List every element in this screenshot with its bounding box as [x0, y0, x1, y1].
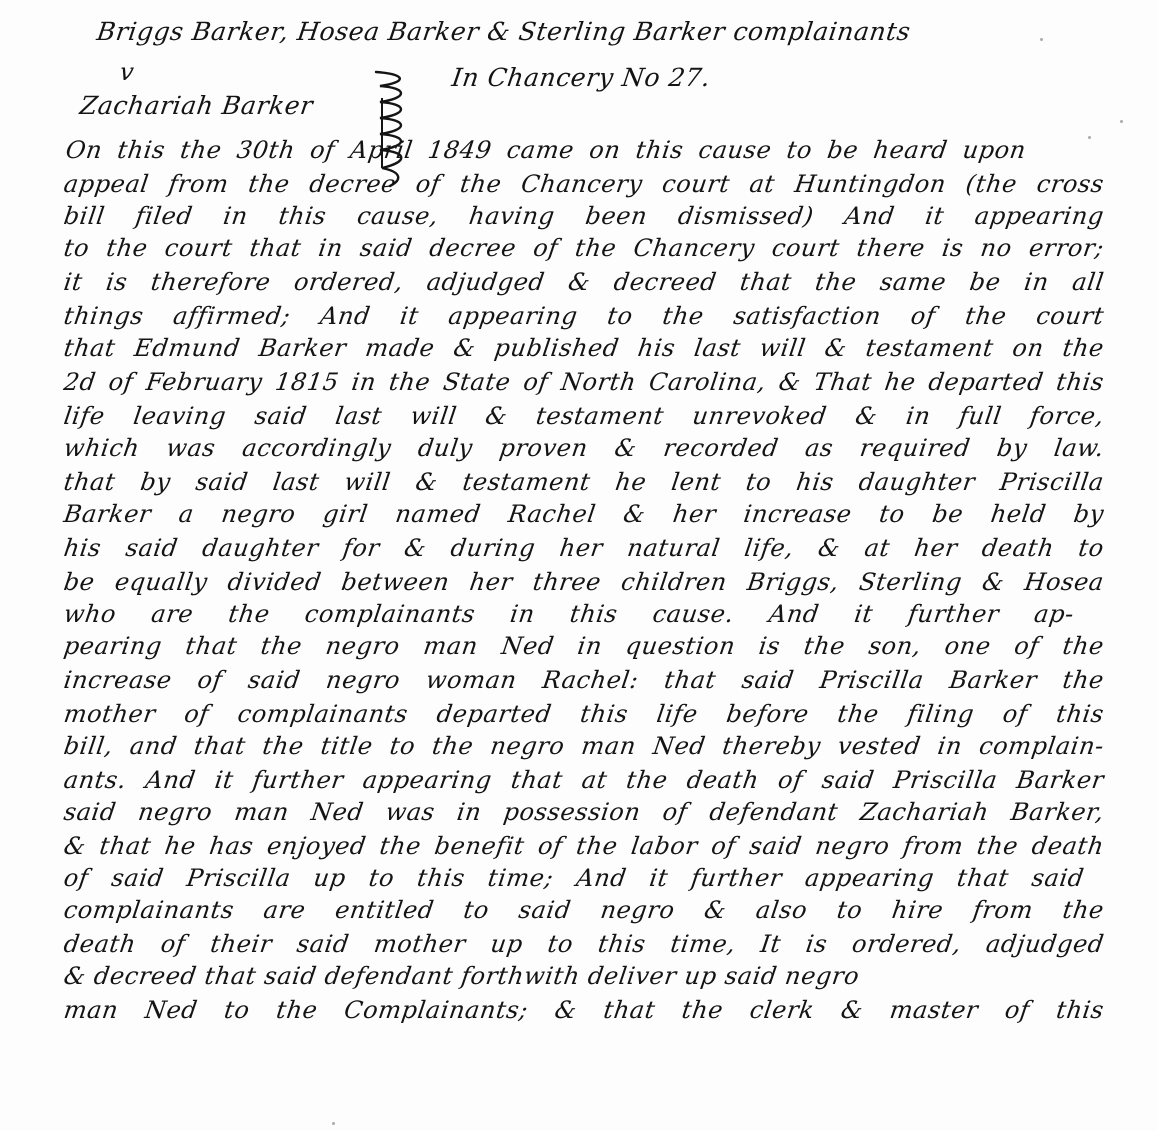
handwritten-line: complainants are entitled to said negro … [62, 896, 1106, 924]
handwritten-line: man Ned to the Complainants; & that the … [62, 996, 1106, 1024]
handwritten-line: & decreed that said defendant forthwith … [62, 962, 946, 990]
paper-speck [332, 1122, 335, 1125]
header-plaintiffs: Briggs Barker, Hosea Barker & Sterling B… [95, 18, 912, 46]
handwritten-line: On this the 30th of April 1849 came on t… [64, 136, 1028, 164]
handwritten-line: increase of said negro woman Rachel: tha… [62, 666, 1106, 694]
handwritten-line: 2d of February 1815 in the State of Nort… [62, 368, 1106, 396]
paper-speck [1120, 120, 1123, 123]
handwritten-line: bill, and that the title to the negro ma… [62, 732, 1106, 760]
handwritten-line: his said daughter for & during her natur… [62, 534, 1106, 562]
handwritten-line: that by said last will & testament he le… [62, 468, 1106, 496]
handwritten-line: Barker a negro girl named Rachel & her i… [62, 500, 1106, 528]
handwritten-line: which was accordingly duly proven & reco… [62, 434, 1106, 462]
header-court-case-number: In Chancery No 27. [450, 64, 712, 92]
handwritten-line: pearing that the negro man Ned in questi… [62, 632, 1106, 660]
header-defendant: Zachariah Barker [78, 92, 315, 120]
handwritten-line: appeal from the decree of the Chancery c… [62, 170, 1106, 198]
handwritten-line: mother of complainants departed this lif… [62, 700, 1106, 728]
handwritten-line: life leaving said last will & testament … [62, 402, 1106, 430]
handwritten-line: who are the complainants in this cause. … [62, 600, 1076, 628]
paper-speck [1040, 38, 1043, 41]
handwritten-line: to the court that in said decree of the … [62, 234, 1106, 262]
handwritten-line: bill filed in this cause, having been di… [62, 202, 1106, 230]
handwritten-line: it is therefore ordered, adjudged & decr… [62, 268, 1106, 296]
handwritten-line: be equally divided between her three chi… [62, 568, 1106, 596]
handwritten-line: things affirmed; And it appearing to the… [62, 302, 1106, 330]
handwritten-line: & that he has enjoyed the benefit of the… [62, 832, 1106, 860]
handwritten-line: of said Priscilla up to this time; And i… [62, 864, 1086, 892]
handwritten-line: ants. And it further appearing that at t… [62, 766, 1106, 794]
paper-speck [1088, 136, 1091, 139]
header-versus: v [118, 58, 136, 86]
handwritten-line: that Edmund Barker made & published his … [62, 334, 1106, 362]
document-page: Briggs Barker, Hosea Barker & Sterling B… [0, 0, 1158, 1131]
handwritten-line: death of their said mother up to this ti… [62, 930, 1106, 958]
handwritten-line: said negro man Ned was in possession of … [62, 798, 1106, 826]
